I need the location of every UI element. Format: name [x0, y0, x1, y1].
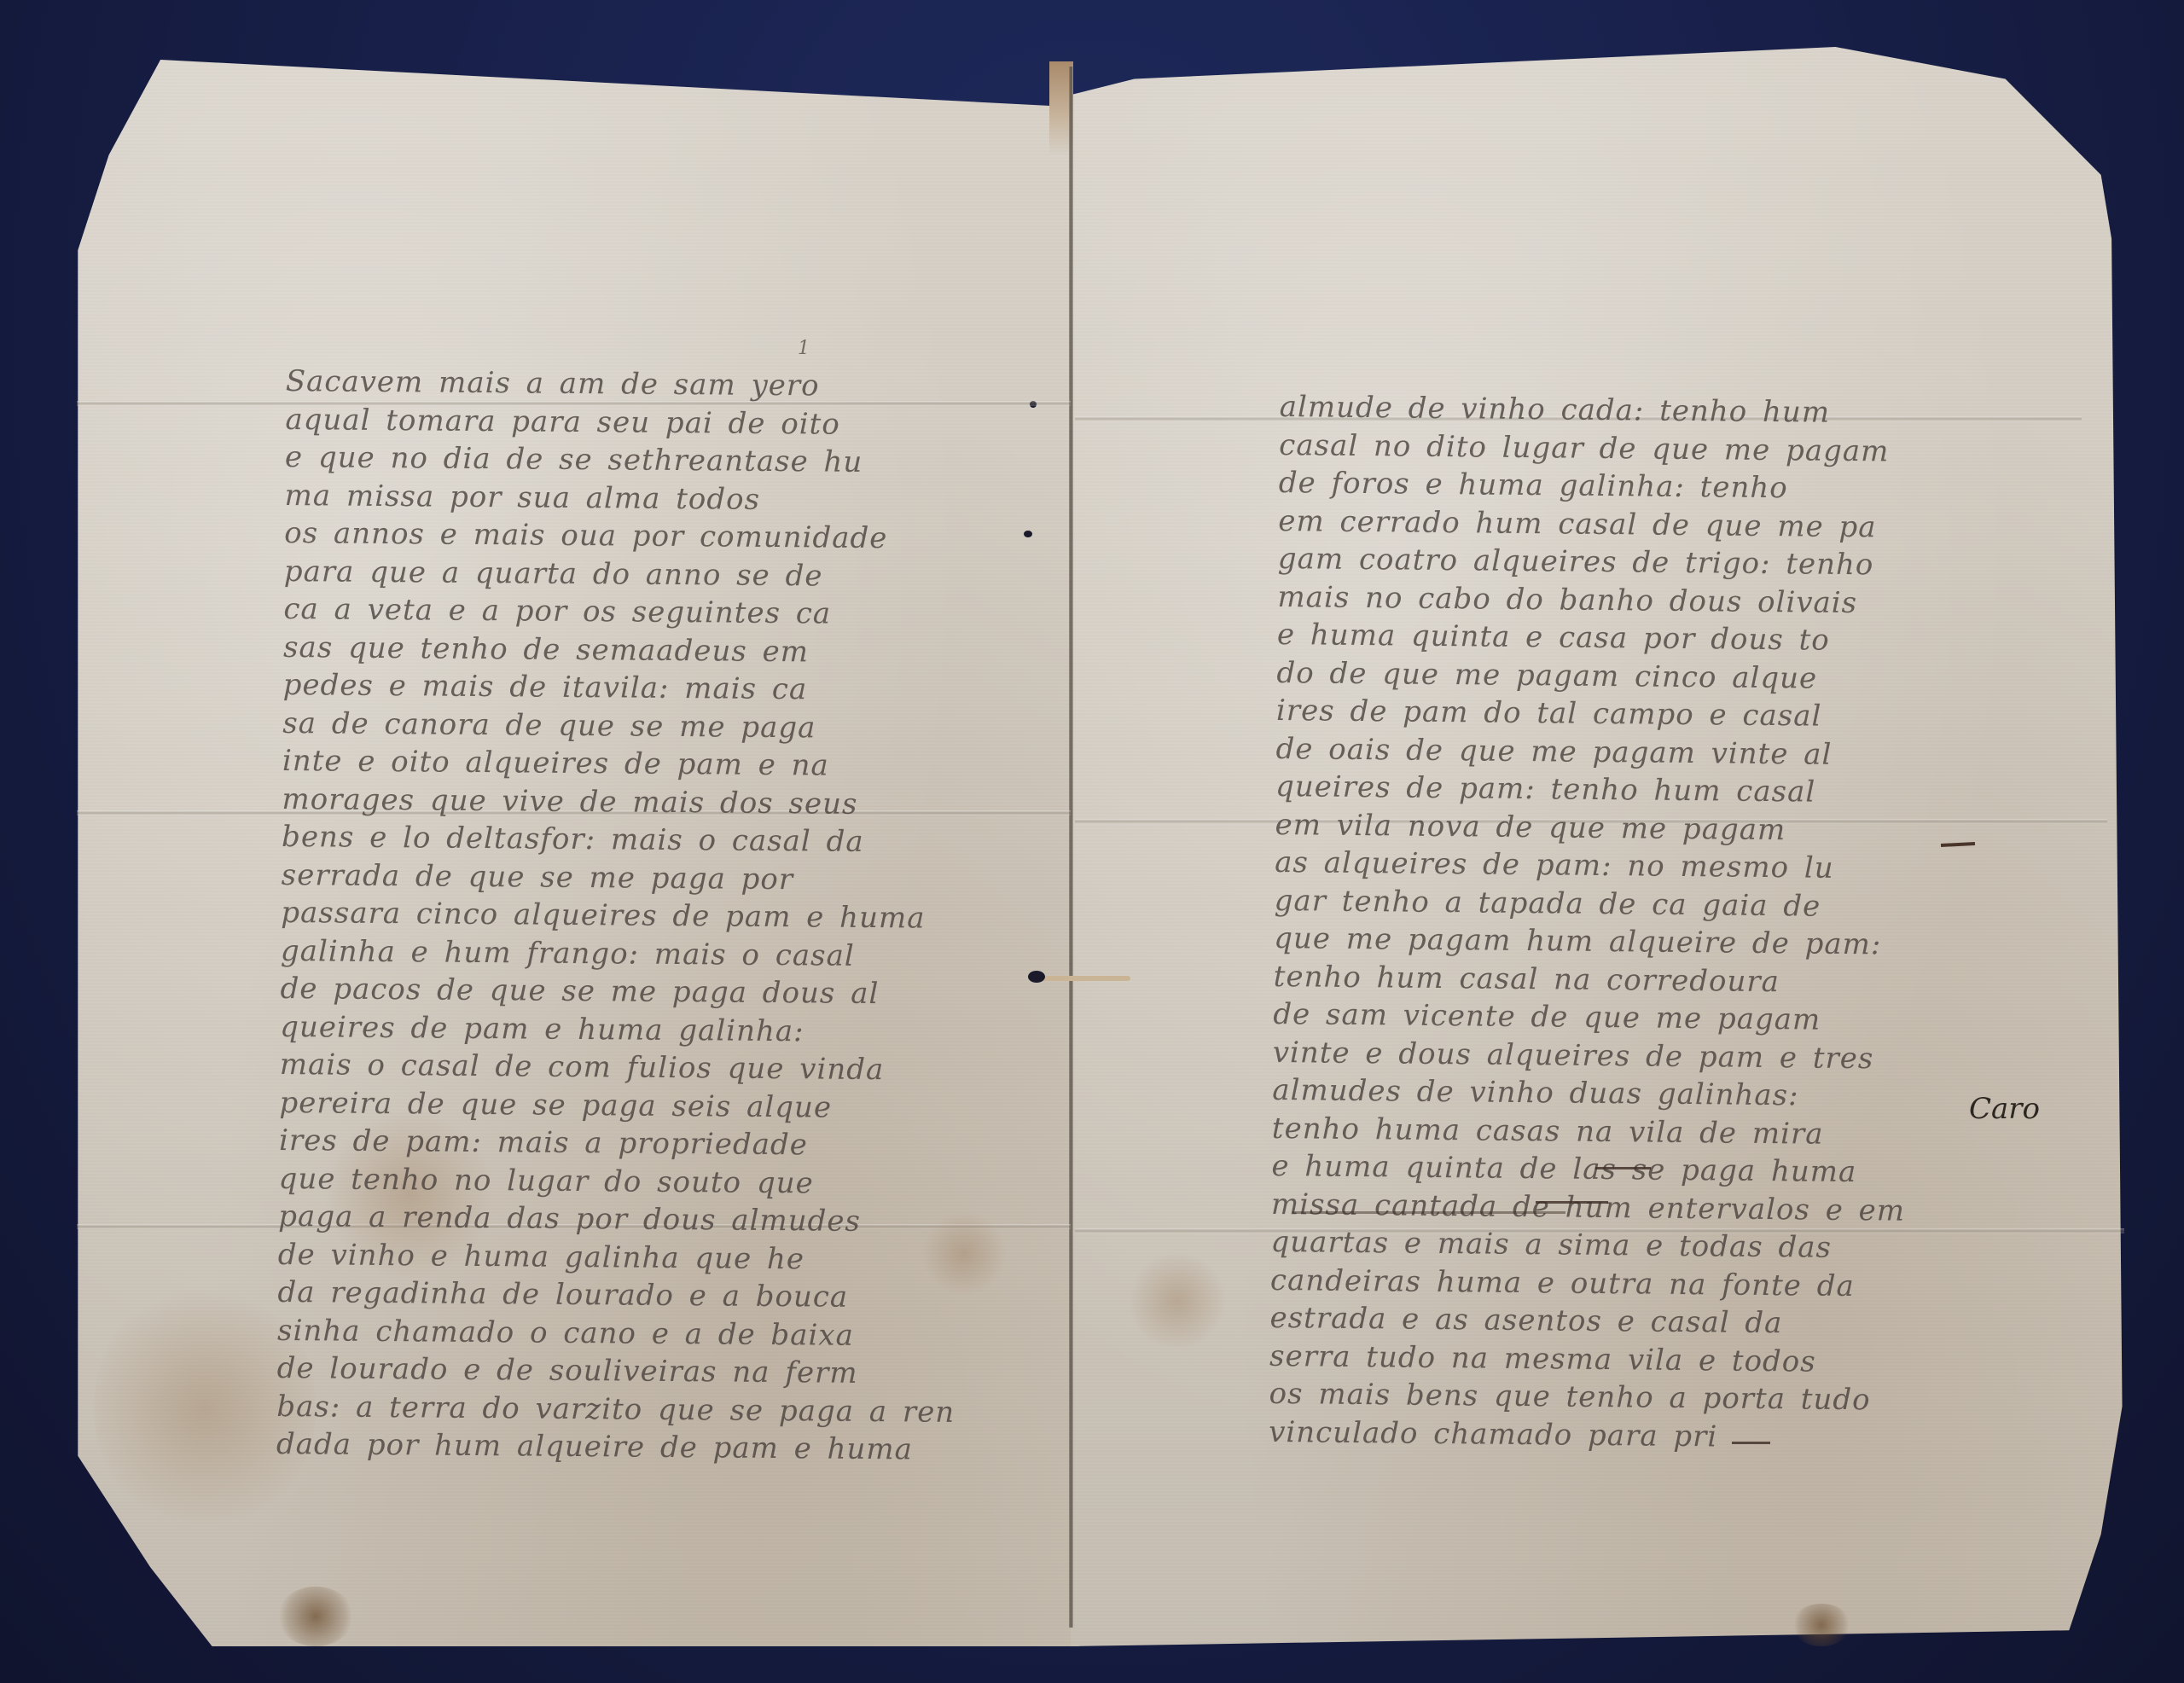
manuscript-line: que me pagam hum alqueire de pam:	[1274, 920, 1908, 964]
manuscript-line: ires de pam: mais a propriedade	[279, 1122, 957, 1165]
manuscript-line: passara cinco alqueires de pam e huma	[281, 894, 959, 937]
manuscript-line: queires de pam e huma galinha:	[280, 1007, 958, 1051]
binding-string	[1037, 976, 1130, 981]
abbreviation-underline	[1595, 1167, 1651, 1169]
manuscript-line: bas: a terra do varzito que se paga a re…	[276, 1387, 955, 1431]
manuscript-line: de oais de que me pagam vinte al	[1275, 729, 1909, 774]
manuscript-line: de foros e huma galinha: tenho	[1279, 464, 1913, 508]
manuscript-line: ires de pam do tal campo e casal	[1276, 692, 1910, 736]
manuscript-line: almude de vinho cada: tenho hum	[1280, 388, 1914, 432]
manuscript-line: candeiras huma e outra na fonte da	[1270, 1261, 1904, 1305]
water-stain	[1792, 1604, 1851, 1646]
manuscript-line: inte e oito alqueires de pam e na	[282, 742, 961, 786]
manuscript-line: almudes de vinho duas galinhas:	[1272, 1071, 1906, 1116]
binding-hole	[1028, 971, 1045, 983]
manuscript-line: bens e lo deltasfor: mais o casal da	[282, 818, 960, 862]
manuscript-line: missa cantada de hum entervalos e em	[1271, 1185, 1905, 1229]
manuscript-line: serra tudo na mesma vila e todos	[1269, 1337, 1903, 1381]
binding-hole	[1024, 531, 1032, 537]
manuscript-line: serrada de que se me paga por	[282, 856, 960, 899]
manuscript-line: galinha e hum frango: mais o casal	[281, 931, 959, 975]
manuscript-line: sa de canora de que se me paga	[282, 704, 961, 747]
manuscript-line: os mais bens que tenho a porta tudo	[1269, 1375, 1902, 1419]
foxing-spot	[1126, 1254, 1228, 1348]
manuscript-line: aqual tomara para seu pai de oito	[285, 400, 963, 444]
manuscript-line: os annos e mais oua por comunidade	[284, 514, 962, 558]
manuscript-line: para que a quarta do anno se de	[284, 552, 962, 595]
manuscript-line: de sam vicente de que me pagam	[1273, 995, 1907, 1040]
manuscript-line: em cerrado hum casal de que me pa	[1278, 502, 1912, 546]
water-stain	[277, 1587, 354, 1646]
manuscript-line: quartas e mais a sima e todas das	[1270, 1223, 1904, 1268]
manuscript-line: tenho hum casal na corredoura	[1274, 957, 1908, 1001]
manuscript-line: e huma quinta de las se paga huma	[1271, 1147, 1905, 1192]
manuscript-line: Sacavem mais a am de sam yero	[286, 363, 964, 406]
margin-annotation: Caro	[1969, 1092, 2040, 1126]
manuscript-line: casal no dito lugar de que me pagam	[1279, 426, 1913, 470]
manuscript-line: de vinho e huma galinha que he	[278, 1235, 956, 1279]
manuscript-line: ma missa por sua alma todos	[284, 476, 962, 519]
manuscript-line: paga a renda das por dous almudes	[278, 1198, 956, 1241]
manuscript-line: morages que vive de mais dos seus	[282, 780, 960, 823]
manuscript-line: vinculado chamado para pri	[1269, 1413, 1902, 1457]
manuscript-line: e que no dia de se sethreantase hu	[285, 438, 963, 482]
left-page-text: Sacavem mais a am de sam yero aqual toma…	[276, 363, 964, 1469]
manuscript-line: queires de pam: tenho hum casal	[1275, 768, 1909, 812]
manuscript-line: sinha chamado o cano e a de baixa	[277, 1311, 955, 1355]
manuscript-line: estrada e as asentos e casal da	[1269, 1299, 1903, 1343]
abbreviation-underline	[1292, 1211, 1565, 1214]
manuscript-line: dada por hum alqueire de pam e huma	[276, 1425, 955, 1469]
manuscript-line: gar tenho a tapada de ca gaia de	[1274, 881, 1908, 926]
manuscript-line: tenho huma casas na vila de mira	[1272, 1109, 1906, 1153]
manuscript-line: do de que me pagam cinco alque	[1276, 653, 1910, 698]
manuscript-line: de lourado e de souliveiras na ferm	[277, 1349, 955, 1393]
manuscript-line: pedes e mais de itavila: mais ca	[283, 666, 961, 710]
manuscript-bifolio: 1 Sacavem mais a am de sam yero aqual to…	[0, 0, 2184, 1683]
abbreviation-underline	[1536, 1201, 1608, 1204]
manuscript-line: pereira de que se paga seis alque	[279, 1083, 957, 1127]
manuscript-line: vinte e dous alqueires de pam e tres	[1273, 1033, 1907, 1077]
manuscript-line: e huma quinta e casa por dous to	[1277, 616, 1911, 660]
manuscript-line: de pacos de que se me paga dous al	[280, 970, 958, 1013]
manuscript-line: as alqueires de pam: no mesmo lu	[1275, 844, 1908, 888]
folio-number: 1	[798, 338, 810, 359]
manuscript-line: em vila nova de que me pagam	[1275, 805, 1908, 850]
manuscript-line: mais o casal de com fulios que vinda	[280, 1046, 958, 1089]
manuscript-line: que tenho no lugar do souto que	[278, 1159, 956, 1203]
manuscript-line: sas que tenho de semaadeus em	[283, 628, 961, 671]
manuscript-line: mais no cabo do banho dous olivais	[1277, 577, 1911, 622]
abbreviation-underline	[1732, 1442, 1770, 1444]
manuscript-line: gam coatro alqueires de trigo: tenho	[1278, 540, 1912, 584]
center-fold-spine	[1069, 67, 1073, 1628]
manuscript-line: ca a veta e a por os seguintes ca	[283, 590, 961, 634]
right-page-text: almude de vinho cada: tenho hum casal no…	[1269, 388, 1914, 1458]
manuscript-line: da regadinha de lourado e a bouca	[277, 1274, 955, 1317]
